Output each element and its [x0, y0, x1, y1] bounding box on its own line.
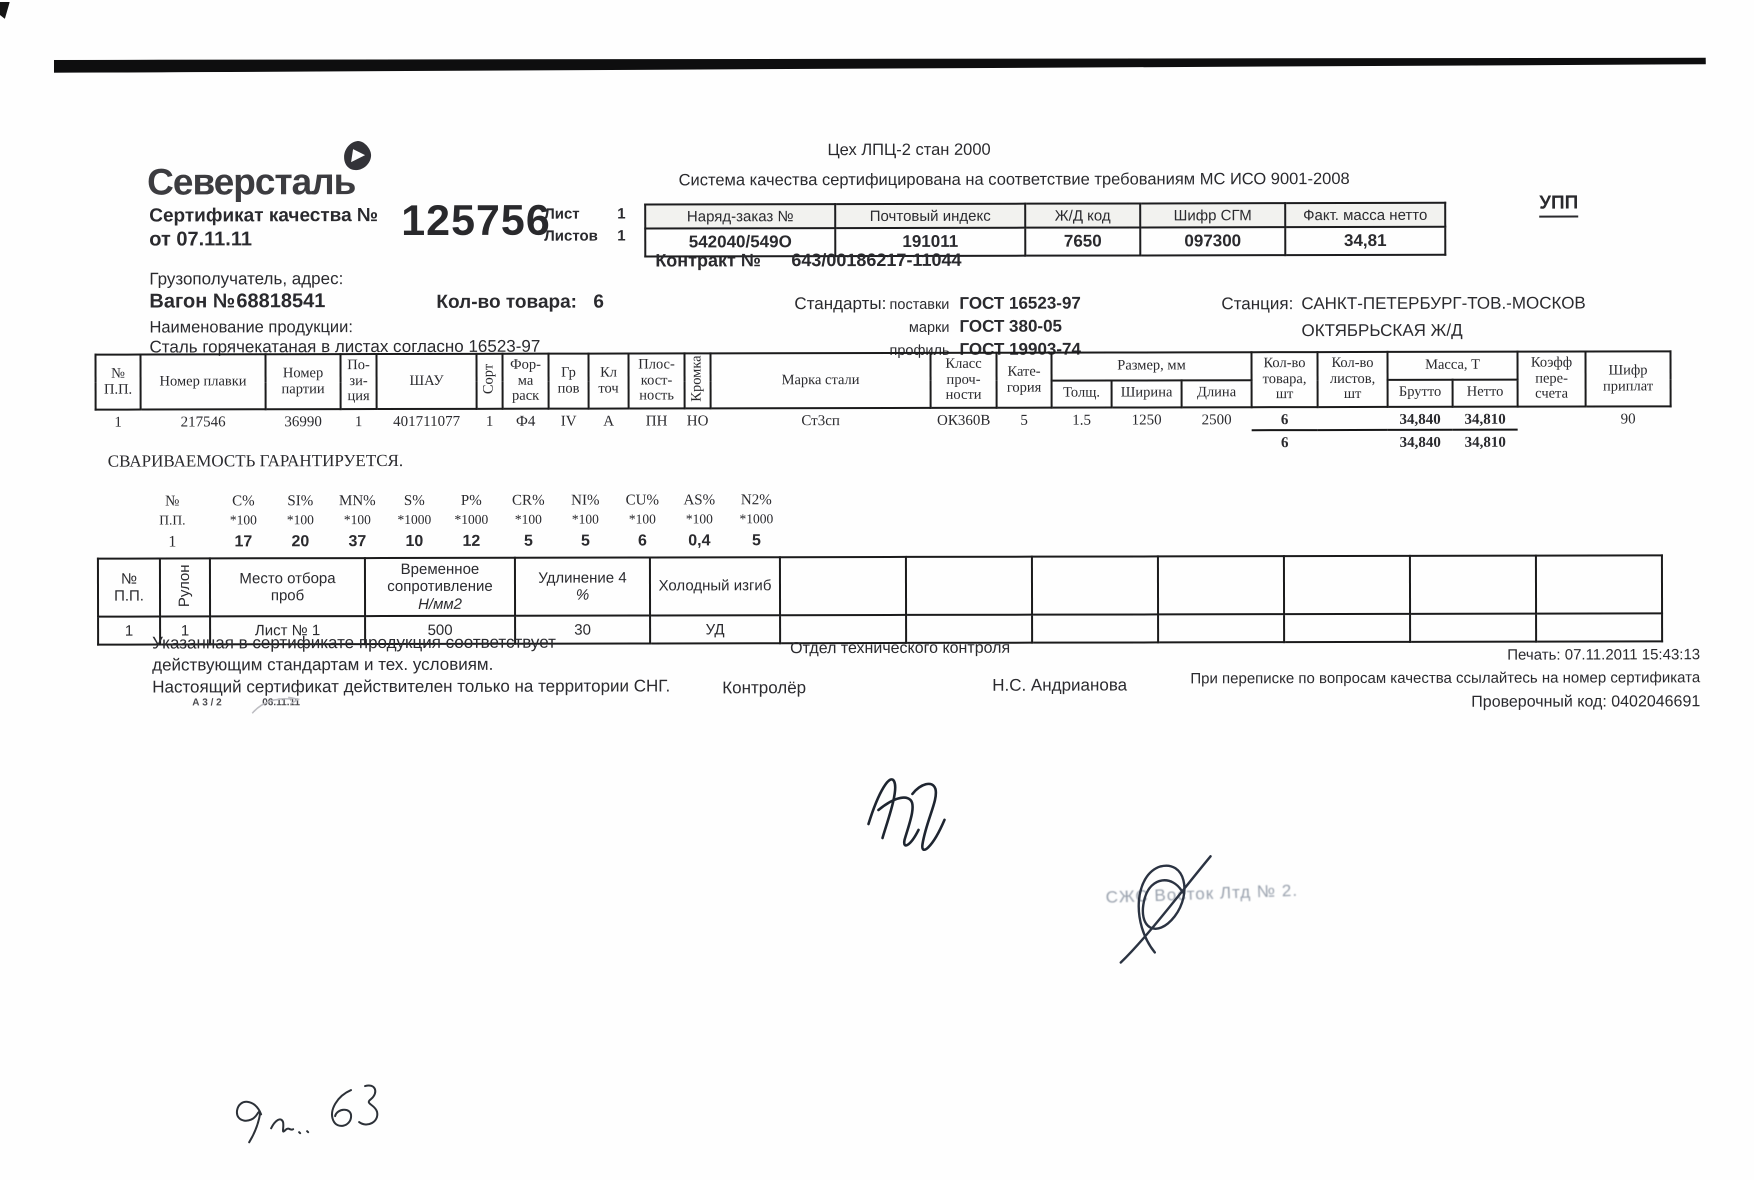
chem-header: C% — [232, 491, 255, 511]
correspondence-note: При переписке по вопросам качества ссыла… — [1185, 669, 1700, 687]
chem-col: NI%*1005 — [557, 491, 614, 551]
cell-flatness: ПН — [629, 408, 685, 431]
chem-subheader: *100 — [629, 511, 656, 529]
mech-header-tensile: Временное сопротивлениеН/мм2 — [365, 558, 515, 616]
standard-kind: поставки — [864, 297, 949, 313]
chem-col: CU%*1006 — [614, 490, 671, 550]
mech-cell-empty — [1032, 614, 1158, 642]
chem-value: 5 — [581, 532, 590, 550]
col-header-melt: Номер плавки — [141, 354, 266, 409]
cell-net: 34,810 — [1453, 407, 1518, 430]
severstal-logo-mark-icon — [340, 139, 376, 175]
mech-header-tensile-text: Временное сопротивление — [387, 561, 493, 595]
col-header-flatness: Плос- кост- ность — [629, 353, 685, 408]
chem-header: CR% — [512, 491, 545, 511]
mech-cell-pp: 1 — [98, 617, 160, 645]
chem-col: MN%*10037 — [329, 491, 386, 551]
cell-sort: 1 — [477, 409, 503, 432]
chem-value: 5 — [524, 533, 533, 551]
mech-cell-empty — [1158, 614, 1284, 642]
col-header-pos: По- зи- ция — [341, 354, 377, 409]
cell-thickness: 1.5 — [1052, 408, 1112, 431]
sheet-value: 1 — [617, 206, 625, 223]
certificate-number: 125756 — [401, 197, 551, 246]
order-value: 097300 — [1140, 227, 1285, 255]
standard-value: ГОСТ 16523-97 — [959, 294, 1080, 314]
chem-subheader: *100 — [572, 511, 599, 529]
total-gross: 34,840 — [1388, 430, 1453, 452]
station-line1: САНКТ-ПЕТЕРБУРГ-ТОВ.-МОСКОВ — [1301, 294, 1585, 315]
order-info-table: Наряд-заказ № Почтовый индекс Ж/Д код Ши… — [644, 202, 1446, 258]
chem-value: 5 — [752, 532, 761, 550]
wagon-label: Вагон № — [149, 290, 235, 313]
chem-subheader: *1000 — [397, 511, 431, 529]
cell-qty: 6 — [1252, 407, 1318, 430]
order-value: 34,81 — [1285, 227, 1445, 255]
col-header-grade: Марка стали — [711, 353, 931, 408]
goods-qty-label: Кол-во товара: — [436, 292, 577, 314]
col-header-kltoch: Кл точ — [589, 354, 629, 409]
col-header-surcharge: Шифр приплат — [1586, 351, 1671, 406]
total-qty: 6 — [1252, 430, 1318, 452]
cell-grpov: IV — [549, 409, 589, 432]
cell-shau: 401711077 — [377, 409, 477, 432]
cell-kltoch: А — [589, 409, 629, 432]
mech-header-pp: № П.П. — [98, 559, 160, 617]
order-header: Факт. масса нетто — [1285, 203, 1445, 227]
controller-name: Н.С. Андрианова — [992, 675, 1127, 695]
sheet-label: Лист — [544, 206, 579, 223]
cell-sheets — [1318, 407, 1388, 430]
cell-pp: 1 — [96, 410, 141, 433]
col-header-size-group: Размер, мм — [1052, 352, 1252, 380]
mech-header-empty — [1032, 556, 1158, 614]
cell-coeff — [1518, 407, 1586, 430]
chem-col: AS%*1000,4 — [671, 490, 728, 550]
order-value: 7650 — [1025, 227, 1140, 255]
mech-header-empty — [906, 557, 1032, 615]
cell-batch: 36990 — [266, 409, 341, 432]
controller-label: Контролёр — [722, 678, 806, 698]
mechanical-properties-table: № П.П. Рулон Место отбора проб Временное… — [97, 554, 1663, 645]
product-label: Наименование продукции: — [149, 318, 353, 337]
contract-value: 643/00186217-11044 — [791, 250, 961, 271]
station-line2: ОКТЯБРЬСКАЯ Ж/Д — [1301, 321, 1462, 341]
handwriting-note — [223, 1076, 393, 1151]
main-product-table: № П.П. Номер плавки Номер партии По- зи-… — [95, 350, 1672, 454]
col-header-qty: Кол-во товара, шт — [1252, 352, 1318, 407]
mech-header-roll: Рулон — [160, 558, 210, 616]
chem-col: S%*100010 — [386, 491, 443, 551]
chem-value: 17 — [234, 533, 252, 551]
mech-header-elongation-units: % — [576, 587, 589, 604]
chem-col: N2%*10005 — [728, 490, 785, 550]
col-header-edge: Кромка — [685, 353, 711, 408]
cell-edge: НО — [685, 408, 711, 431]
sheets-value: 1 — [617, 228, 625, 245]
scan-corner-mark — [0, 2, 10, 19]
mech-header-place: Место отбора проб — [210, 558, 365, 616]
col-header-edge-label: Кромка — [690, 355, 706, 401]
chem-col: C%*10017 — [215, 491, 272, 551]
col-header-mass-group: Масса, Т — [1388, 352, 1518, 380]
mech-cell-empty — [1536, 613, 1662, 641]
chem-header: N2% — [741, 490, 772, 510]
cell-category: 5 — [997, 408, 1052, 431]
cell-pos: 1 — [341, 409, 377, 432]
chem-value: 12 — [462, 533, 480, 551]
standard-kind: марки — [864, 320, 949, 336]
goods-qty-value: 6 — [593, 292, 604, 314]
station-label: Станция: — [1221, 294, 1293, 314]
chem-header: P% — [461, 491, 482, 511]
scan-top-bar — [54, 54, 1706, 73]
form-code: А 3 / 2 — [192, 697, 221, 708]
col-header-thickness: Толщ. — [1052, 380, 1112, 408]
controller-signature — [858, 762, 978, 857]
cell-melt: 217546 — [141, 409, 266, 432]
mech-header-elongation-text: Удлинение 4 — [538, 569, 626, 586]
otk-label: Отдел технического контроля — [790, 640, 1010, 658]
certificate-date: от 07.11.11 — [149, 228, 252, 251]
mech-cell-bend: УД — [650, 615, 780, 643]
mech-header-empty — [1410, 556, 1536, 614]
mech-header-tensile-units: Н/мм2 — [418, 595, 462, 612]
chem-header: AS% — [683, 490, 715, 510]
col-header-sheets: Кол-во листов, шт — [1318, 352, 1388, 407]
cell-length: 2500 — [1182, 407, 1252, 430]
chem-header: NI% — [571, 491, 599, 511]
total-net: 34,810 — [1453, 430, 1518, 452]
col-header-form: Фор- ма раск — [503, 354, 549, 409]
col-header-pp: № П.П. — [96, 355, 141, 410]
chem-value: 6 — [638, 532, 647, 550]
sheets-label: Листов — [544, 228, 598, 245]
chem-subheader: *100 — [515, 511, 542, 529]
chem-col: №П.П.1 — [130, 491, 215, 551]
chemical-composition-table: №П.П.1 C%*10017 SI%*10020 MN%*10037 S%*1… — [130, 490, 785, 551]
consignee-label: Грузополучатель, адрес: — [149, 269, 343, 289]
col-header-sort-label: Сорт — [482, 364, 498, 394]
conformity-line2: действующим стандартам и тех. условиям. — [152, 655, 493, 676]
cell-width: 1250 — [1112, 407, 1182, 430]
mech-header-bend: Холодный изгиб — [650, 557, 780, 615]
mech-cell-empty — [906, 615, 1032, 643]
weldability-note: СВАРИВАЕМОСТЬ ГАРАНТИРУЕТСЯ. — [108, 451, 403, 472]
cell-gross: 34,840 — [1388, 407, 1453, 430]
col-header-batch: Номер партии — [266, 354, 341, 409]
chem-header: CU% — [626, 490, 659, 510]
chem-header: № — [165, 491, 179, 511]
conformity-line1: Указанная в сертификате продукция соотве… — [152, 633, 556, 654]
product-row: 1 217546 36990 1 401711077 1 Ф4 IV А ПН … — [96, 406, 1671, 432]
chem-value: 37 — [348, 533, 366, 551]
verification-code: Проверочный код: 0402046691 — [1200, 693, 1700, 712]
mech-cell-empty — [1410, 614, 1536, 642]
chem-value: 1 — [168, 533, 176, 551]
shop-line: Цех ЛПЦ-2 стан 2000 — [659, 140, 1159, 160]
cell-surcharge: 90 — [1586, 406, 1671, 429]
col-header-category: Кате- гория — [997, 353, 1052, 408]
col-header-shau: ШАУ — [377, 354, 477, 409]
iso-line: Система качества сертифицирована на соот… — [599, 170, 1429, 191]
mech-header-empty — [1536, 555, 1662, 613]
mech-cell-empty — [780, 615, 906, 643]
brand-logo-text: Северсталь — [147, 161, 355, 203]
cell-grade: Ст3сп — [711, 408, 931, 431]
chem-subheader: П.П. — [159, 512, 185, 530]
col-header-length: Длина — [1182, 380, 1252, 408]
upp-mark: УПП — [1539, 193, 1578, 218]
cell-strength: ОК360В — [931, 408, 997, 431]
mech-header-empty — [1284, 556, 1410, 614]
order-header: Почтовый индекс — [835, 204, 1025, 228]
col-header-coeff: Коэфф пере- счета — [1518, 352, 1586, 407]
mech-header-elongation: Удлинение 4% — [515, 557, 650, 615]
validity-line: Настоящий сертификат действителен только… — [152, 676, 670, 697]
wagon-value: 68818541 — [236, 290, 325, 313]
col-header-sort: Сорт — [477, 354, 503, 409]
chem-header: MN% — [339, 491, 376, 511]
order-header: Шифр СГМ — [1140, 203, 1285, 227]
order-header: Ж/Д код — [1025, 203, 1140, 227]
col-header-width: Ширина — [1112, 380, 1182, 408]
chem-subheader: *100 — [230, 512, 257, 530]
standard-value: ГОСТ 380-05 — [959, 317, 1062, 337]
col-header-net: Нетто — [1453, 379, 1518, 407]
contract-label: Контракт № — [655, 250, 761, 271]
chem-subheader: *1000 — [454, 511, 488, 529]
col-header-grpov: Гр пов — [549, 354, 589, 409]
chem-subheader: *100 — [686, 511, 713, 529]
col-header-strength: Класс проч- ности — [931, 353, 997, 408]
chem-header: S% — [404, 491, 425, 511]
col-header-gross: Брутто — [1388, 379, 1453, 407]
mech-cell-empty — [1284, 614, 1410, 642]
print-timestamp: Печать: 07.11.2011 15:43:13 — [1200, 646, 1700, 664]
chem-col: P%*100012 — [443, 491, 500, 551]
stamp-signature — [1113, 844, 1223, 969]
pencil-mark — [248, 691, 338, 721]
chem-subheader: *100 — [287, 511, 314, 529]
mech-header-empty — [780, 557, 906, 615]
certificate-title: Сертификат качества № — [149, 205, 378, 227]
mech-header-empty — [1158, 556, 1284, 614]
chem-header: SI% — [287, 491, 313, 511]
chem-value: 20 — [291, 533, 309, 551]
chem-subheader: *100 — [344, 511, 371, 529]
mech-header-roll-label: Рулон — [176, 564, 193, 607]
order-header: Наряд-заказ № — [645, 204, 835, 228]
chem-value: 0,4 — [688, 532, 710, 550]
scanned-certificate-page: Северсталь Сертификат качества № от 07.1… — [0, 0, 1754, 1180]
chem-col: SI%*10020 — [272, 491, 329, 551]
cell-form: Ф4 — [503, 409, 549, 432]
chem-subheader: *1000 — [739, 510, 773, 528]
chem-col: CR%*1005 — [500, 491, 557, 551]
chem-value: 10 — [405, 533, 423, 551]
